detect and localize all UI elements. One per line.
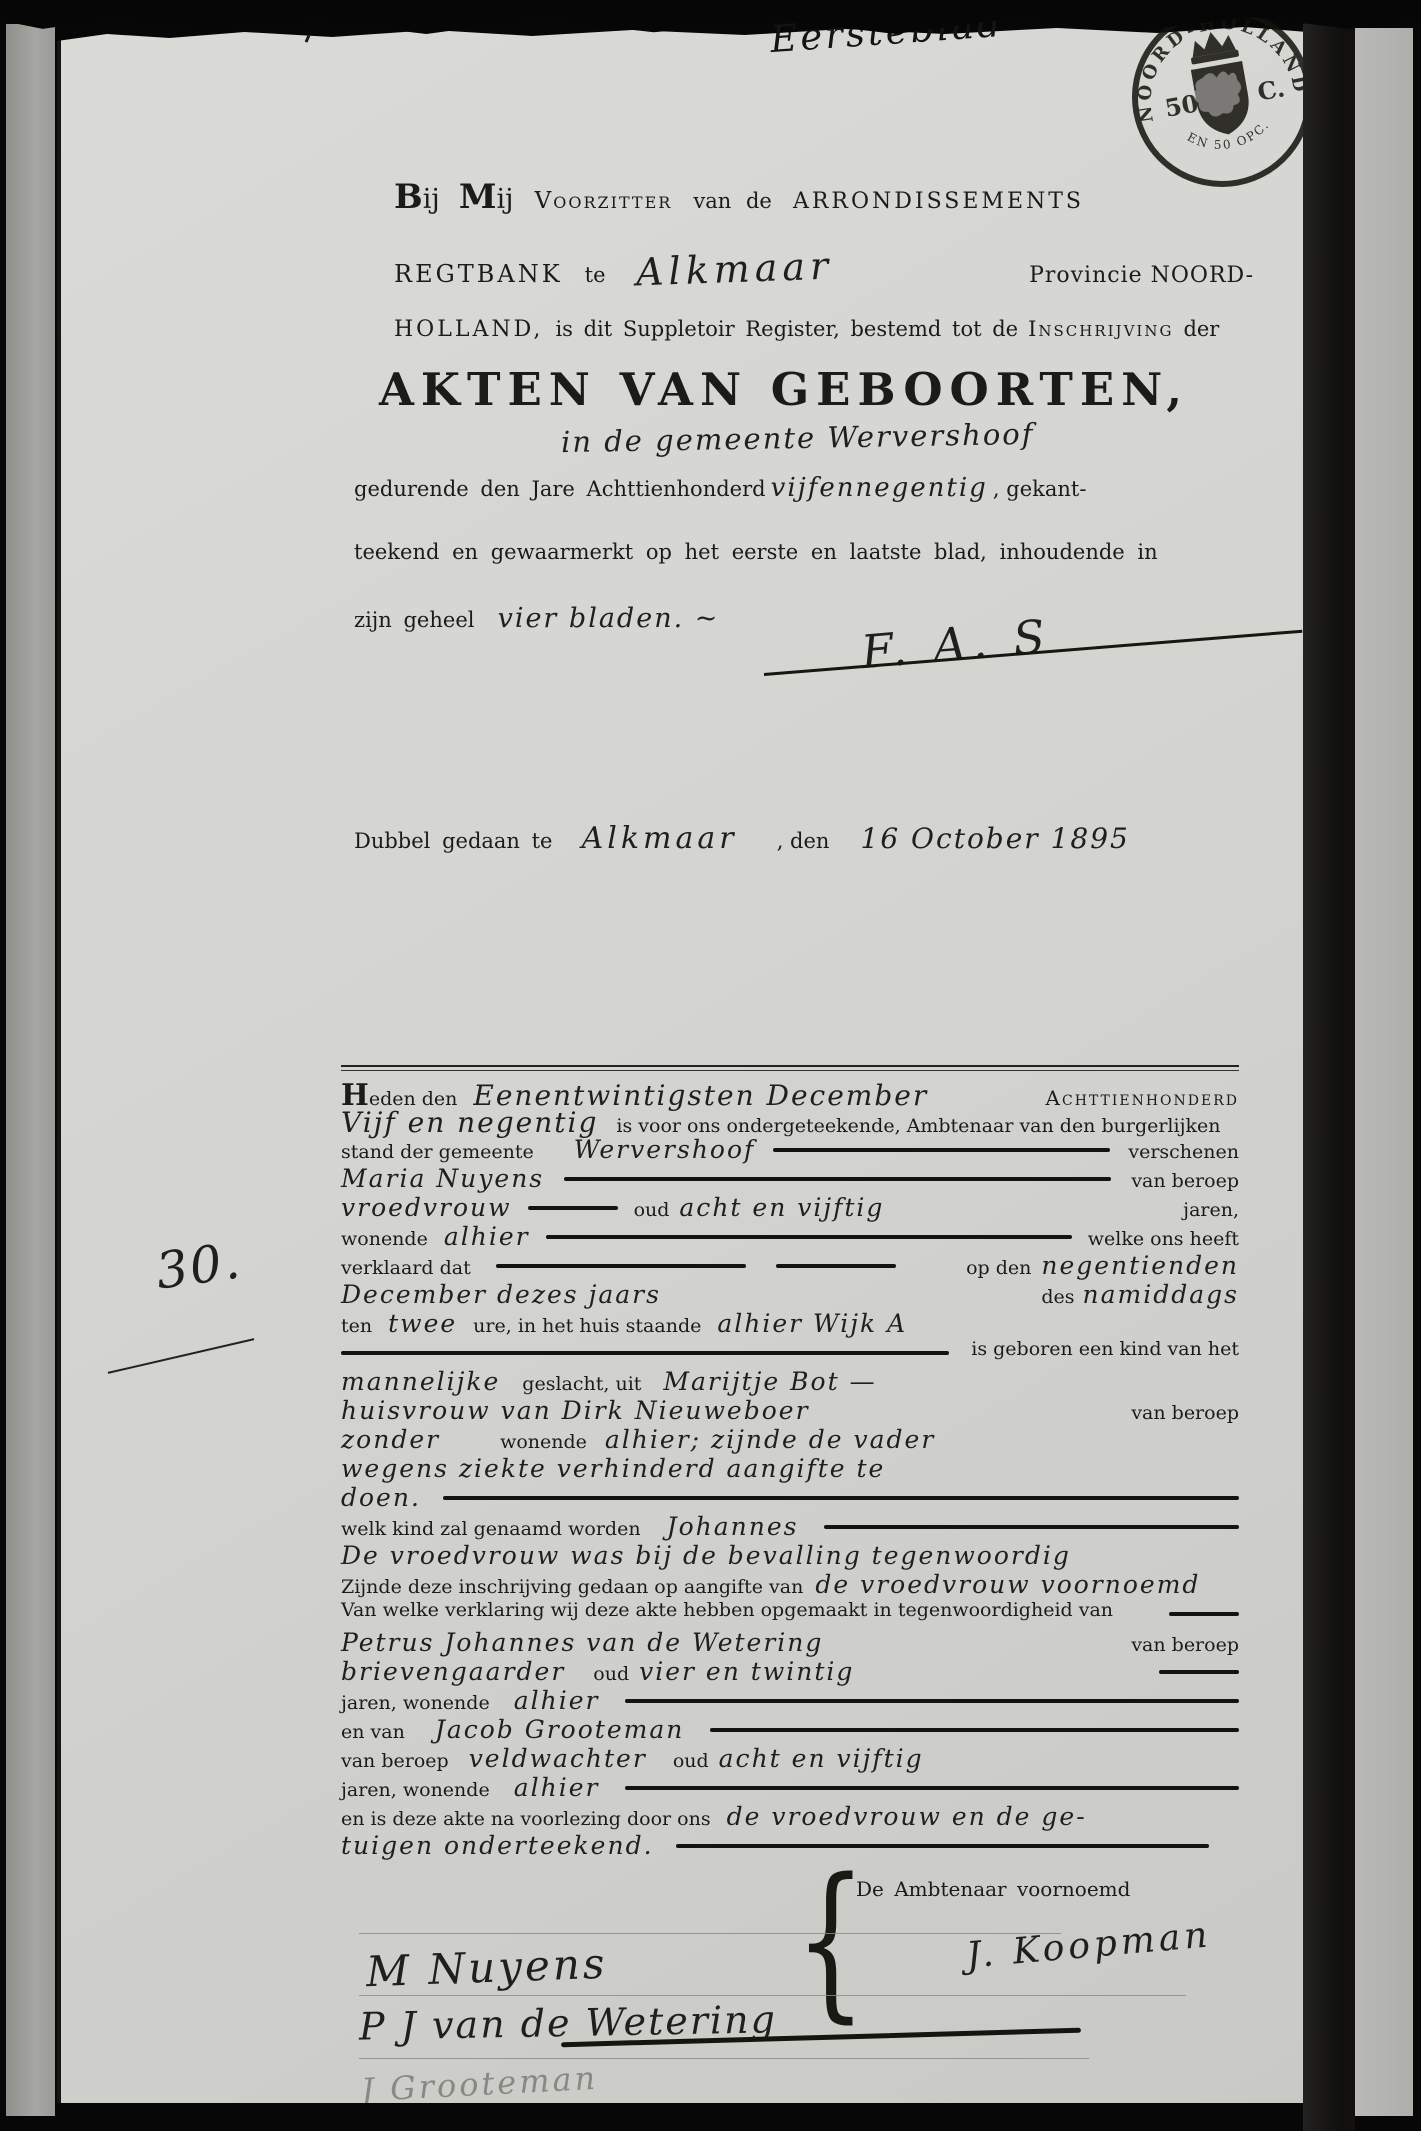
rule-line (341, 1070, 1239, 1071)
paper-sheet: Bij Mij Voorzitter van de ARRONDISSEMENT… (57, 25, 1307, 2103)
act-line: Maria Nuyens van beroep (341, 1164, 1239, 1193)
printed-text: wonende (500, 1431, 587, 1453)
header-line-7: zijn geheel vier bladen. ~ (354, 603, 719, 634)
handwritten-occupation: zonder (341, 1425, 440, 1454)
printed-text: op den (966, 1257, 1031, 1279)
act-line: welk kind zal genaamd worden Johannes (341, 1512, 1239, 1541)
act-line: mannelijke geslacht, uit Marijtje Bot — (341, 1367, 1239, 1396)
ink-rule (773, 1148, 1110, 1152)
printed-text: jaren, (1183, 1199, 1239, 1221)
printed-text: ten (341, 1315, 372, 1337)
signature-line (359, 1995, 1186, 1996)
handwritten-name: Maria Nuyens (341, 1164, 544, 1193)
printed-text: ure, in het huis staande (473, 1315, 701, 1337)
ink-rule (710, 1728, 1239, 1732)
witness-signature: M Nuyens (365, 1939, 608, 1996)
printed-text: gedurende den Jare Achttienhonderd (354, 477, 766, 501)
handwritten-text: alhier (444, 1222, 530, 1251)
act-number: 30. (152, 1231, 245, 1300)
act-line: wonende alhier welke ons heeft (341, 1222, 1239, 1251)
printed-text: , den (777, 829, 830, 853)
printed-text: zijn geheel (354, 608, 474, 632)
act-line: vroedvrouw oud acht en vijftig jaren, (341, 1193, 1239, 1222)
handwritten-text: huisvrouw van Dirk Nieuweboer (341, 1396, 810, 1425)
act-line: is geboren een kind van het (341, 1338, 1239, 1367)
printed-text: Van welke verklaring wij deze akte hebbe… (341, 1599, 1113, 1621)
printed-text: Provincie NOORD- (1029, 263, 1254, 288)
printed-text: van beroep (1131, 1634, 1239, 1656)
handwritten-age: acht en vijftig (679, 1193, 884, 1222)
printed-text: en van (341, 1721, 405, 1743)
printed-text: jaren, wonende (341, 1779, 490, 1801)
handwritten-place: Wervershoof (574, 1135, 756, 1164)
printed-text: Dubbel gedaan te (354, 829, 553, 853)
underlying-page-edge (6, 24, 55, 2116)
act-body: Heden den Eenentwintigsten December Acht… (341, 1077, 1239, 1860)
act-line: jaren, wonende alhier (341, 1773, 1239, 1802)
handwritten-occupation: brievengaarder (341, 1657, 565, 1686)
header-line-5: gedurende den Jare Achttienhonderd vijfe… (354, 473, 1254, 503)
handwritten-name: Marijtje Bot — (663, 1367, 876, 1396)
header-line-3: HOLLAND, is dit Suppletoir Register, bes… (394, 317, 1254, 342)
printed-text: is voor ons ondergeteekende, Ambtenaar v… (616, 1115, 1220, 1137)
ink-rule (824, 1525, 1239, 1529)
ink-rule (528, 1206, 618, 1210)
act-line: stand der gemeente Wervershoof verschene… (341, 1135, 1239, 1164)
handwritten-name: Petrus Johannes van de Wetering (341, 1628, 823, 1657)
ink-rule (776, 1264, 896, 1268)
ink-rule (1169, 1612, 1239, 1616)
printed-text: REGTBANK (394, 260, 563, 288)
header-line-2: REGTBANK te Alkmaar Provincie NOORD- (394, 247, 1254, 291)
handwritten-text: alhier (514, 1686, 600, 1715)
ink-rule (546, 1235, 1072, 1239)
printed-text: geslacht, uit (522, 1373, 641, 1395)
revenue-stamp: NOORD-HOLLAND EN 50 OPC. 50 C. (1122, 0, 1322, 197)
witness-signature-pencil: J Grooteman (360, 2059, 599, 2109)
ink-rule (564, 1177, 1111, 1181)
handwritten-text: wegens ziekte verhinderd aangifte te (341, 1454, 885, 1483)
printed-text: oud (673, 1750, 709, 1772)
act-line: van beroep veldwachter oud acht en vijft… (341, 1744, 1239, 1773)
printed-text: verschenen (1128, 1141, 1239, 1163)
handwritten-text: doen. (341, 1483, 421, 1512)
printed-text: Inschrijving (1028, 317, 1173, 341)
act-line: tuigen onderteekend. (341, 1831, 1239, 1860)
duplicate-line: Dubbel gedaan te Alkmaar , den 16 Octobe… (354, 821, 1130, 856)
president-signature: F. A. S (859, 609, 1053, 679)
printed-text: is dit Suppletoir Register, bestemd tot … (555, 317, 1018, 341)
signature-line (359, 1933, 1061, 1934)
stamp-value-right: C. (1255, 73, 1287, 106)
printed-text: welke ons heeft (1088, 1228, 1239, 1250)
printed-text: wonende (341, 1228, 428, 1250)
ink-rule (443, 1496, 1239, 1500)
printed-text: oud (634, 1199, 670, 1221)
ink-mark (305, 21, 317, 42)
handwritten-annotation: in de gemeente Wervershoof (561, 417, 1035, 459)
official-label: De Ambtenaar voornoemd (856, 1877, 1130, 1901)
handwritten-text: alhier (514, 1773, 600, 1802)
act-line: zonder wonende alhier; zijnde de vader (341, 1425, 1239, 1454)
handwritten-child-name: Johannes (667, 1512, 799, 1541)
handwritten-age: acht en vijftig (719, 1744, 924, 1773)
printed-text: stand der gemeente (341, 1141, 534, 1163)
handwritten-year: Vijf en negentig (341, 1106, 598, 1139)
margin-stroke (108, 1338, 255, 1374)
act-line: doen. (341, 1483, 1239, 1512)
handwritten-count: vier bladen. ~ (498, 603, 720, 634)
handwritten-text: De vroedvrouw was bij de bevalling tegen… (341, 1541, 1071, 1570)
act-line: ten twee ure, in het huis staande alhier… (341, 1309, 1239, 1338)
printed-text: Bij (394, 177, 440, 217)
adjacent-page-edge (1355, 28, 1413, 2116)
document-scan: Bij Mij Voorzitter van de ARRONDISSEMENT… (0, 0, 1421, 2131)
printed-text: van beroep (1131, 1170, 1239, 1192)
printed-text: Voorzitter (535, 188, 673, 214)
act-line: en is deze akte na voorlezing door ons d… (341, 1802, 1239, 1831)
act-line: jaren, wonende alhier (341, 1686, 1239, 1715)
printed-text: te (585, 263, 606, 287)
handwritten-text: alhier; zijnde de vader (605, 1425, 935, 1454)
handwritten-year: vijfennegentig (771, 473, 988, 503)
handwritten-text: de vroedvrouw voornoemd (815, 1570, 1200, 1599)
rule-line (341, 1065, 1239, 1067)
handwritten-date: negentienden (1041, 1251, 1239, 1280)
printed-text: , gekant- (993, 477, 1087, 501)
ink-rule (625, 1786, 1239, 1790)
handwritten-occupation: veldwachter (469, 1744, 647, 1773)
handwritten-date: 16 October 1895 (861, 822, 1130, 855)
handwritten-text: tuigen onderteekend. (341, 1831, 654, 1860)
handwritten-text: de vroedvrouw en de ge- (727, 1802, 1087, 1831)
ink-rule (341, 1351, 949, 1355)
printed-text: jaren, wonende (341, 1692, 490, 1714)
act-line: verklaard dat op den negentienden (341, 1251, 1239, 1280)
printed-text: verklaard dat (341, 1257, 471, 1279)
printed-text: welk kind zal genaamd worden (341, 1518, 641, 1540)
page-gutter-shadow (1303, 0, 1355, 2131)
printed-text: van beroep (1131, 1402, 1239, 1424)
ink-rule (625, 1699, 1239, 1703)
handwritten-sex: mannelijke (341, 1367, 500, 1396)
act-line: De vroedvrouw was bij de bevalling tegen… (341, 1541, 1239, 1570)
act-line: brievengaarder oud vier en twintig (341, 1657, 1239, 1686)
ink-rule (676, 1844, 1209, 1848)
printed-text: des (1041, 1286, 1074, 1308)
handwritten-time: twee (388, 1309, 457, 1338)
handwritten-address: alhier Wijk A (717, 1309, 907, 1338)
printed-text: van de (693, 189, 771, 213)
printed-text: HOLLAND, (394, 317, 543, 342)
signature-line (359, 2058, 1089, 2059)
ink-rule (496, 1264, 746, 1268)
handwritten-place: Alkmaar (582, 821, 738, 856)
handwritten-text: namiddags (1083, 1280, 1239, 1309)
printed-text: ARRONDISSEMENTS (793, 189, 1084, 214)
act-line: wegens ziekte verhinderd aangifte te (341, 1454, 1239, 1483)
ink-rule (1159, 1670, 1239, 1674)
printed-text: der (1183, 317, 1219, 341)
act-line: en van Jacob Grooteman (341, 1715, 1239, 1744)
document-title: AKTEN VAN GEBOORTEN, (379, 363, 1259, 416)
act-line: Heden den Eenentwintigsten December Acht… (341, 1077, 1239, 1106)
handwritten-date: December dezes jaars (341, 1280, 661, 1309)
printed-text: Achttienhonderd (1046, 1086, 1239, 1110)
printed-text: Zijnde deze inschrijving gedaan op aangi… (341, 1576, 803, 1598)
handwritten-occupation: vroedvrouw (341, 1193, 512, 1222)
act-line: Zijnde deze inschrijving gedaan op aangi… (341, 1570, 1239, 1599)
crowned-lion-emblem-icon (1183, 27, 1254, 139)
header-line-6: teekend en gewaarmerkt op het eerste en … (354, 540, 1254, 564)
printed-text: van beroep (341, 1750, 449, 1772)
brace-glyph: { (795, 1851, 867, 2030)
official-signature: J. Koopman (965, 1914, 1213, 1976)
act-line: Van welke verklaring wij deze akte hebbe… (341, 1599, 1239, 1628)
handwritten-age: vier en twintig (639, 1657, 854, 1686)
printed-text: oud (593, 1663, 629, 1685)
act-line: Petrus Johannes van de Wetering van bero… (341, 1628, 1239, 1657)
printed-text: is geboren een kind van het (971, 1338, 1239, 1360)
printed-text: en is deze akte na voorlezing door ons (341, 1808, 711, 1830)
printed-text: Mij (459, 177, 514, 217)
act-line: December dezes jaars des namiddags (341, 1280, 1239, 1309)
handwritten-place: Alkmaar (635, 244, 834, 295)
handwritten-name: Jacob Grooteman (435, 1715, 685, 1744)
act-line: huisvrouw van Dirk Nieuweboer van beroep (341, 1396, 1239, 1425)
